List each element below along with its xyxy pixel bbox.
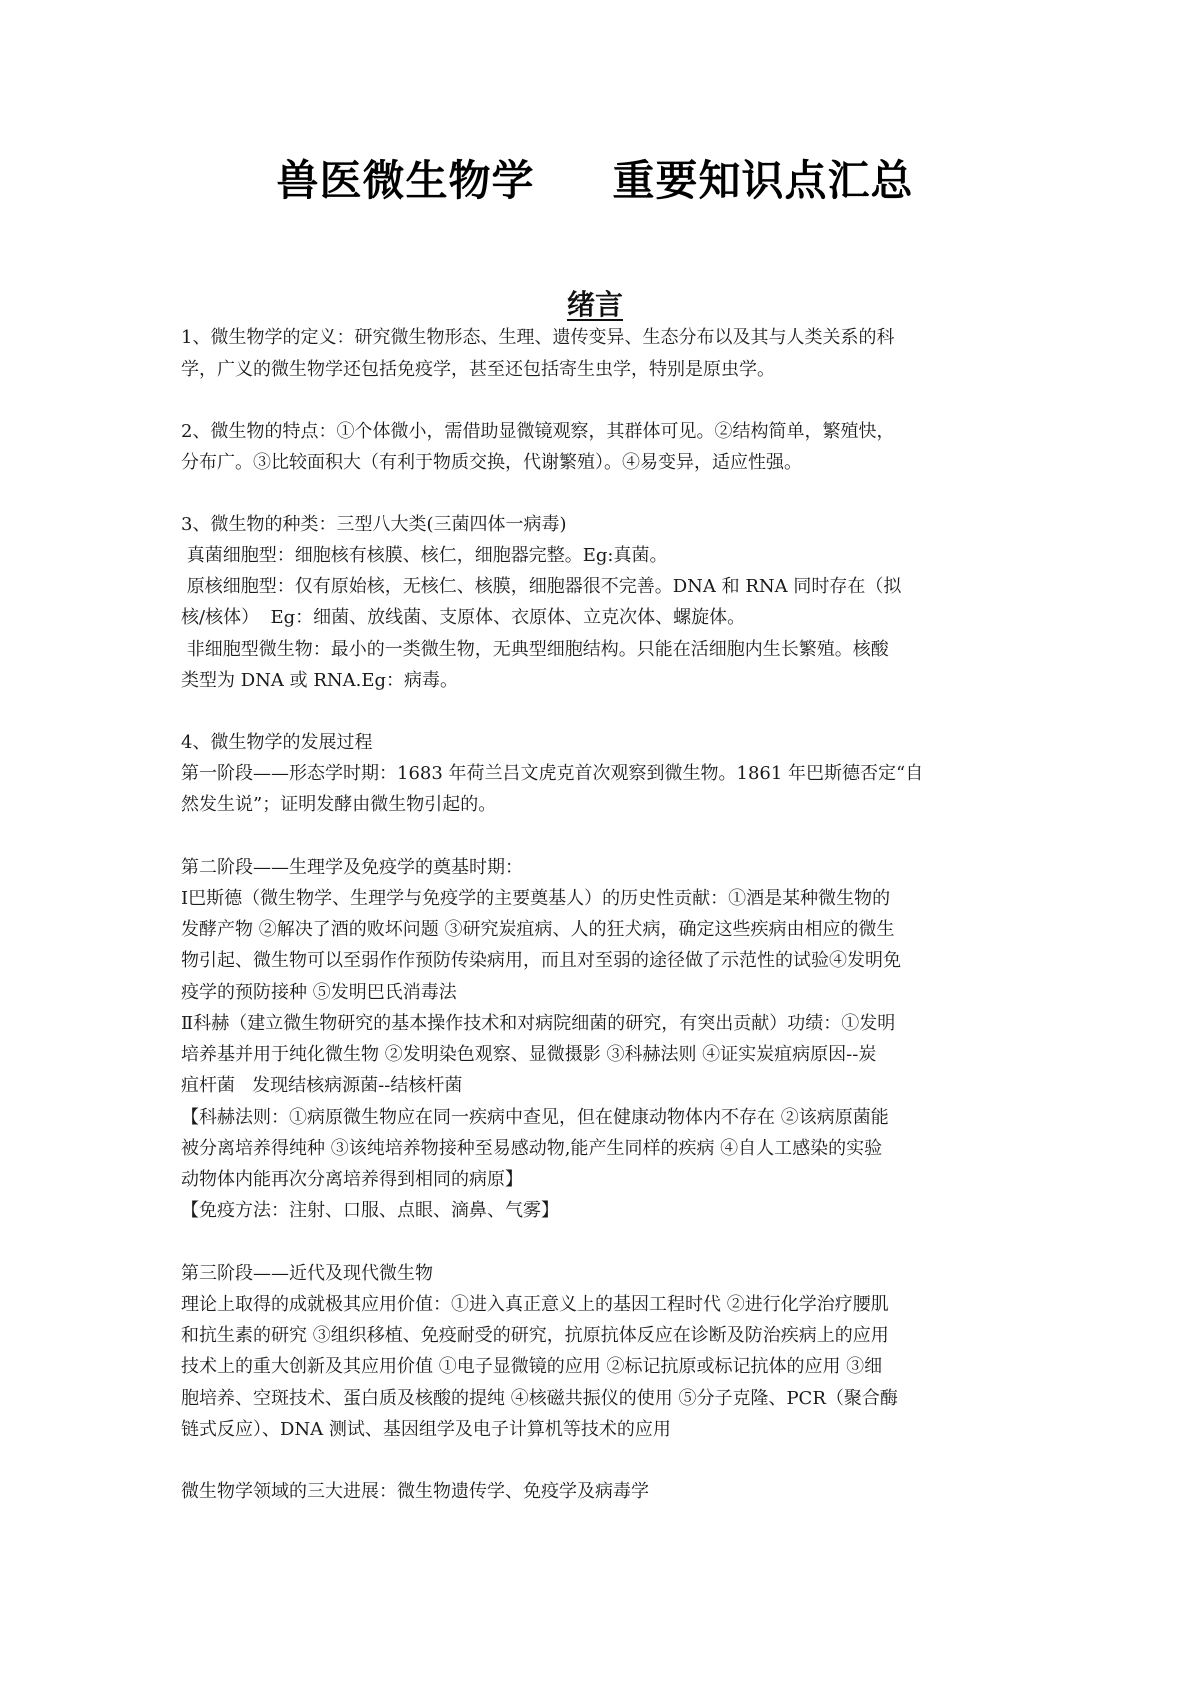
- text-line: 疫学的预防接种 ⑤发明巴氏消毒法: [181, 981, 457, 1005]
- text-line: 1、微生物学的定义：研究微生物形态、生理、遗传变异、生态分布以及其与人类关系的科: [181, 326, 894, 350]
- section-heading: 绪言: [0, 283, 1190, 323]
- document-title: 兽医微生物学 重要知识点汇总: [0, 148, 1190, 208]
- text-line: 第三阶段——近代及现代微生物: [181, 1262, 433, 1286]
- text-line: 被分离培养得纯种 ③该纯培养物接种至易感动物,能产生同样的疾病 ④自人工感染的实…: [181, 1137, 882, 1161]
- text-line: Ⅰ巴斯德（微生物学、生理学与免疫学的主要奠基人）的历史性贡献：①酒是某种微生物的: [181, 887, 890, 911]
- text-line: 学，广义的微生物学还包括免疫学，甚至还包括寄生虫学，特别是原虫学。: [181, 358, 775, 382]
- text-line: Ⅱ科赫（建立微生物研究的基本操作技术和对病院细菌的研究，有突出贡献）功绩：①发明: [181, 1012, 895, 1036]
- text-line: 然发生说”；证明发酵由微生物引起的。: [181, 793, 496, 817]
- text-line: 胞培养、空斑技术、蛋白质及核酸的提纯 ④核磁共振仪的使用 ⑤分子克隆、PCR（聚…: [181, 1387, 898, 1411]
- text-line: 动物体内能再次分离培养得到相同的病原】: [181, 1168, 523, 1192]
- text-line: 第二阶段——生理学及免疫学的奠基时期：: [181, 856, 523, 880]
- text-line: 类型为 DNA 或 RNA.Eg：病毒。: [181, 669, 458, 693]
- text-line: 【免疫方法：注射、口服、点眼、滴鼻、气雾】: [181, 1199, 559, 1223]
- section-heading-text: 绪言: [567, 288, 623, 321]
- text-line: 物引起、微生物可以至弱作作预防传染病用，而且对至弱的途径做了示范性的试验④发明免: [181, 949, 901, 973]
- text-line: 核/核体） Eg：细菌、放线菌、支原体、衣原体、立克次体、螺旋体。: [181, 606, 745, 630]
- text-line: 第一阶段——形态学时期：1683 年荷兰吕文虎克首次观察到微生物。1861 年巴…: [181, 762, 923, 786]
- text-line: 链式反应）、DNA 测试、基因组学及电子计算机等技术的应用: [181, 1418, 671, 1442]
- text-line: 【科赫法则：①病原微生物应在同一疾病中查见，但在健康动物体内不存在 ②该病原菌能: [181, 1106, 889, 1130]
- text-line: 疽杆菌 发现结核病源菌--结核杆菌: [181, 1074, 462, 1098]
- text-line: 发酵产物 ②解决了酒的败坏问题 ③研究炭疽病、人的狂犬病，确定这些疾病由相应的微…: [181, 918, 894, 942]
- text-line: 技术上的重大创新及其应用价值 ①电子显微镜的应用 ②标记抗原或标记抗体的应用 ③…: [181, 1355, 882, 1379]
- text-line: 3、微生物的种类：三型八大类(三菌四体一病毒): [181, 513, 567, 537]
- text-line: 非细胞型微生物：最小的一类微生物，无典型细胞结构。只能在活细胞内生长繁殖。核酸: [181, 638, 889, 662]
- text-line: 和抗生素的研究 ③组织移植、免疫耐受的研究，抗原抗体反应在诊断及防治疾病上的应用: [181, 1324, 889, 1348]
- text-line: 真菌细胞型：细胞核有核膜、核仁，细胞器完整。Eg:真菌。: [181, 544, 667, 568]
- document-page: 兽医微生物学 重要知识点汇总 绪言 1、微生物学的定义：研究微生物形态、生理、遗…: [0, 0, 1190, 1683]
- text-line: 微生物学领域的三大进展：微生物遗传学、免疫学及病毒学: [181, 1480, 649, 1504]
- text-line: 2、微生物的特点：①个体微小，需借助显微镜观察，其群体可见。②结构简单，繁殖快，: [181, 420, 894, 444]
- text-line: 理论上取得的成就极其应用价值：①进入真正意义上的基因工程时代 ②进行化学治疗腰肌: [181, 1293, 889, 1317]
- text-line: 培养基并用于纯化微生物 ②发明染色观察、显微摄影 ③科赫法则 ④证实炭疽病原因-…: [181, 1043, 876, 1067]
- text-line: 原核细胞型：仅有原始核，无核仁、核膜，细胞器很不完善。DNA 和 RNA 同时存…: [181, 575, 901, 599]
- text-line: 4、微生物学的发展过程: [181, 731, 372, 755]
- text-line: 分布广。③比较面积大（有利于物质交换，代谢繁殖）。④易变异，适应性强。: [181, 451, 802, 475]
